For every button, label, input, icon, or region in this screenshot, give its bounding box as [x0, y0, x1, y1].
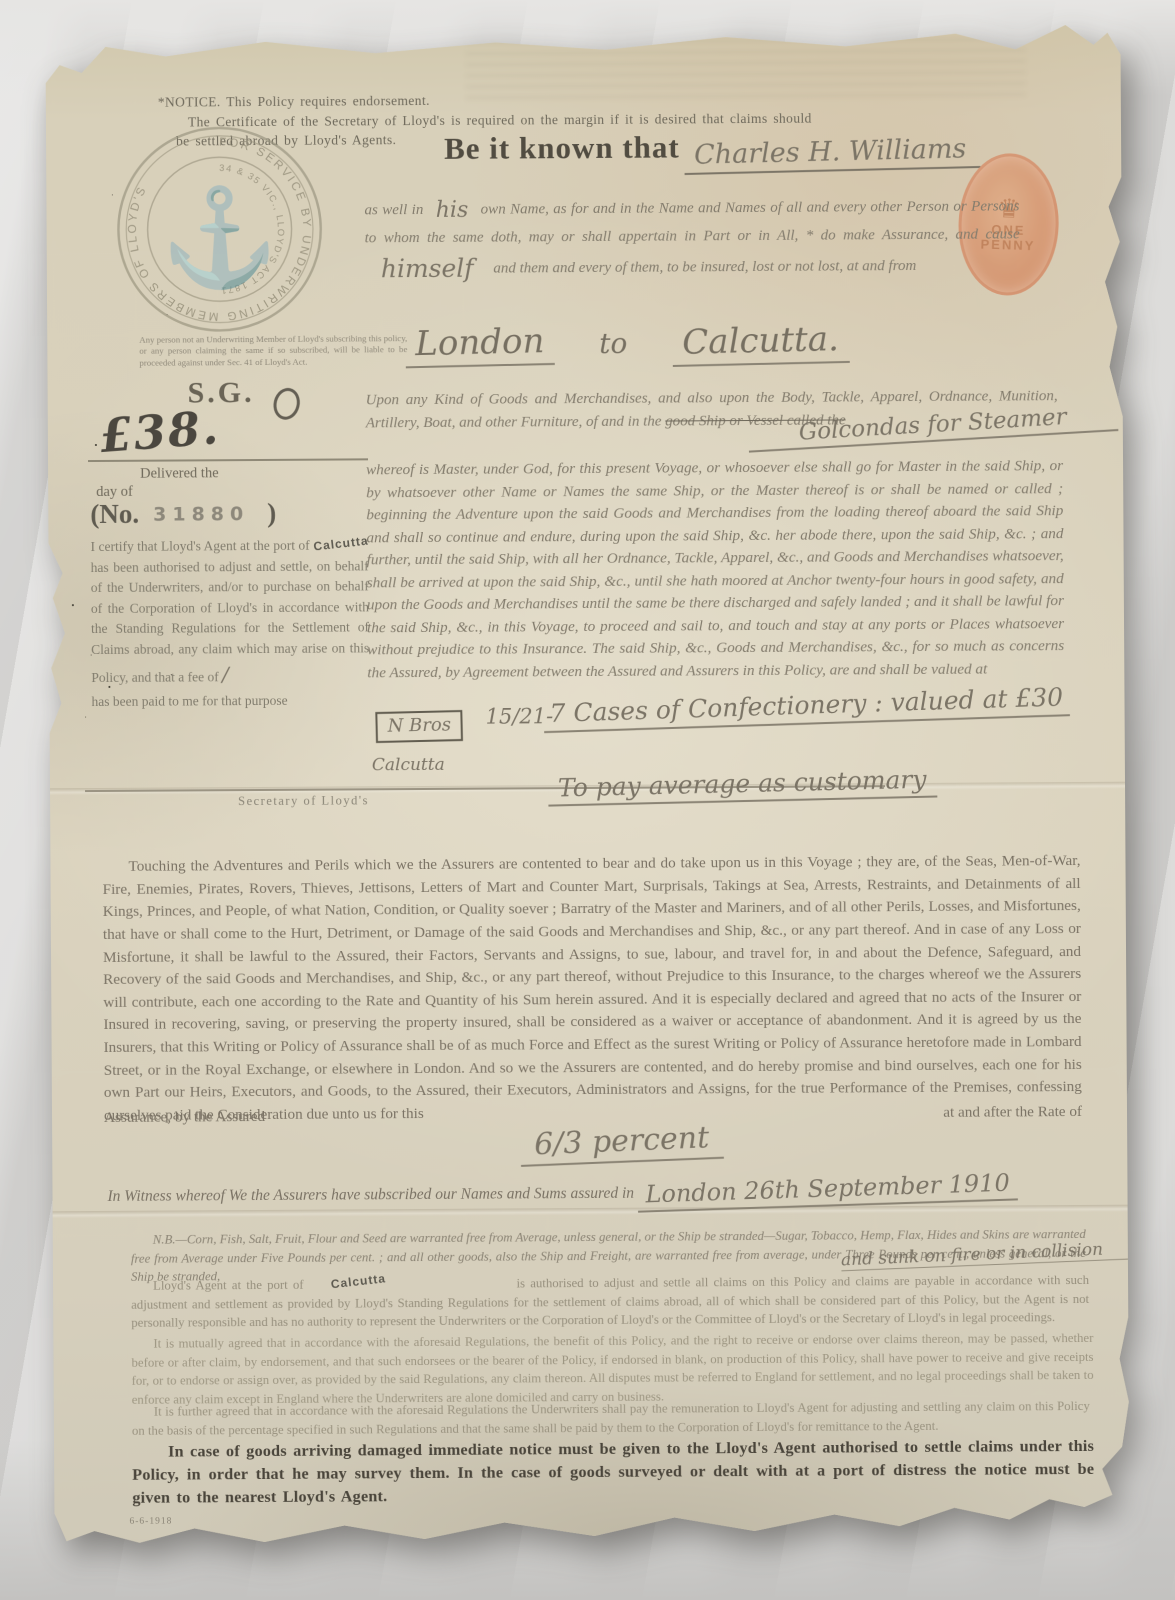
- cargo-shipping-mark-boxed: N Bros: [375, 710, 463, 743]
- fee-slash-handwritten: /: [222, 662, 229, 686]
- agent1-pre: Lloyd's Agent at the port of: [153, 1278, 309, 1293]
- average-clause-handwritten: To pay average as customary: [548, 764, 937, 806]
- para1-do: do make Assurance, and cause: [821, 227, 1020, 244]
- form-print-code: 6-6-1918: [129, 1517, 172, 1527]
- underwriting-member-warning: Any person not an Underwriting Member of…: [139, 333, 407, 369]
- para1-pre: as well in: [364, 202, 423, 218]
- lloyds-underwriting-seal: FOR SERVICE BY UNDERWRITING MEMBERS OF L…: [112, 122, 327, 337]
- notice-line-1: *NOTICE. This Policy requires endorsemen…: [158, 93, 430, 110]
- number-open-paren: (No.: [90, 499, 139, 529]
- cargo-description-handwritten: 7 Cases of Confectionery : valued at £30: [543, 682, 1070, 733]
- number-close-paren: ): [267, 498, 276, 528]
- ink-smudge-mark: [270, 385, 303, 422]
- voyage-route-handwritten: London to Calcutta.: [405, 320, 849, 367]
- policy-number-stamped: 31880: [153, 503, 249, 526]
- route-to-word: to: [599, 327, 627, 360]
- para1-end: and them and every of them, to be insure…: [493, 258, 916, 277]
- port-stamp-calcutta: Calcutta: [312, 532, 369, 556]
- left-column-rule: [88, 458, 368, 462]
- premium-amount-handwritten: £38.: [98, 400, 222, 463]
- certify-pre: I certify that Lloyd's Agent at the port…: [90, 538, 313, 554]
- route-from: London: [405, 321, 555, 369]
- route-destination: Calcutta.: [672, 319, 850, 367]
- certify-end: has been paid to me for that purpose: [91, 691, 369, 713]
- certify-body: has been authorised to adjust and settle…: [91, 558, 370, 685]
- rate-of-label: at and after the Rate of: [943, 1103, 1082, 1122]
- assured-clause-paragraph: as well in his own Name, as for and in t…: [364, 190, 1020, 288]
- voyage-clause-paragraph: whereof is Master, under God, for this p…: [366, 455, 1064, 684]
- agent-settlement-paragraph: Lloyd's Agent at the port of Calcutta is…: [131, 1271, 1089, 1332]
- witness-printed: In Witness whereof We the Assurers have …: [107, 1185, 638, 1205]
- premium-rate-handwritten: 6/3 percent: [519, 1120, 723, 1167]
- ink-speckles: [45, 13, 49, 17]
- himself-handwritten: himself: [365, 254, 490, 284]
- his-handwritten: his: [428, 198, 477, 223]
- policy-number-row: (No. 31880 ): [90, 498, 276, 530]
- assured-name-handwritten: Charles H. Williams: [683, 133, 980, 175]
- remuneration-paragraph: It is further agreed that in accordance …: [132, 1397, 1090, 1440]
- witness-clause-line: In Witness whereof We the Assurers have …: [107, 1173, 1097, 1211]
- be-it-known-heading: Be it known that: [444, 129, 680, 165]
- secretary-caption: Secretary of Lloyd's: [238, 793, 369, 809]
- stamp-gap-spacer: [391, 1287, 511, 1288]
- policy-paper-sheet: *NOTICE. This Policy requires endorsemen…: [45, 7, 1129, 1562]
- policy-heading: Be it known that Charles H. Williams: [444, 128, 980, 174]
- perils-clause-paragraph: Touching the Adventures and Perils which…: [102, 850, 1082, 1128]
- policy-document-photo: *NOTICE. This Policy requires endorsemen…: [45, 7, 1129, 1562]
- delivered-the-label: Delivered the: [140, 465, 219, 482]
- damaged-goods-notice-paragraph: In case of goods arriving damaged immedi…: [132, 1435, 1094, 1510]
- anchor-icon: ⚓: [160, 183, 279, 292]
- cargo-port-handwritten: Calcutta: [372, 755, 445, 775]
- agent-certification-paragraph: I certify that Lloyd's Agent at the port…: [90, 535, 369, 713]
- assured-by-text: Assurance, by the Assured: [104, 1108, 265, 1127]
